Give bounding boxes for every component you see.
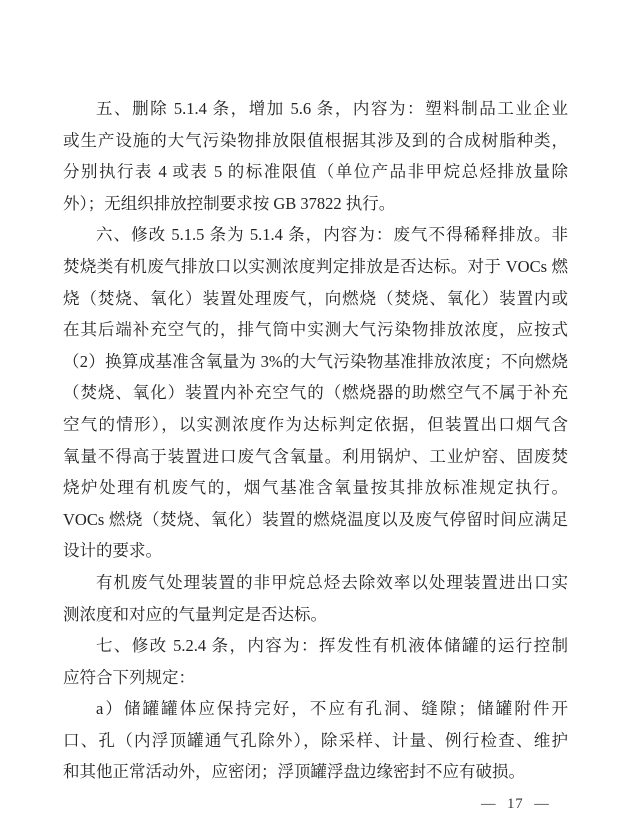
document-body: 五、删除 5.1.4 条，增加 5.6 条，内容为：塑料制品工业企业或生产设施的…: [63, 93, 568, 788]
text-line: 设计的要求。: [63, 535, 568, 567]
document-page: 五、删除 5.1.4 条，增加 5.6 条，内容为：塑料制品工业企业或生产设施的…: [0, 0, 631, 839]
text-line: （2）换算成基准含氧量为 3%的大气污染物基准排放浓度；不向燃烧: [63, 346, 568, 378]
paragraph: 有机废气处理装置的非甲烷总烃去除效率以处理装置进出口实测浓度和对应的气量判定是否…: [63, 567, 568, 630]
text-line: 氧量不得高于装置进口废气含氧量。利用锅炉、工业炉窑、固废焚: [63, 441, 568, 473]
text-line: 口、孔（内浮顶罐通气孔除外），除采样、计量、例行检查、维护: [63, 725, 568, 757]
text-line: 五、删除 5.1.4 条，增加 5.6 条，内容为：塑料制品工业企业: [63, 93, 568, 125]
page-number: — 17 —: [481, 795, 550, 813]
text-line: 应符合下列规定：: [63, 662, 568, 694]
text-line: 在其后端补充空气的，排气筒中实测大气污染物排放浓度，应按式: [63, 314, 568, 346]
text-line: 六、修改 5.1.5 条为 5.1.4 条，内容为：废气不得稀释排放。非: [63, 219, 568, 251]
text-line: 有机废气处理装置的非甲烷总烃去除效率以处理装置进出口实: [63, 567, 568, 599]
text-line: 烧（焚烧、氧化）装置处理废气，向燃烧（焚烧、氧化）装置内或: [63, 283, 568, 315]
text-line: 和其他正常活动外，应密闭；浮顶罐浮盘边缘密封不应有破损。: [63, 756, 568, 788]
text-line: VOCs 燃烧（焚烧、氧化）装置的燃烧温度以及废气停留时间应满足: [63, 504, 568, 536]
text-line: （焚烧、氧化）装置内补充空气的（燃烧器的助燃空气不属于补充: [63, 377, 568, 409]
text-line: 测浓度和对应的气量判定是否达标。: [63, 599, 568, 631]
text-line: 外）；无组织排放控制要求按 GB 37822 执行。: [63, 188, 568, 220]
paragraph: 七、修改 5.2.4 条，内容为：挥发性有机液体储罐的运行控制应符合下列规定：: [63, 630, 568, 693]
text-line: 或生产设施的大气污染物排放限值根据其涉及到的合成树脂种类，: [63, 125, 568, 157]
paragraph: a）储罐罐体应保持完好，不应有孔洞、缝隙；储罐附件开口、孔（内浮顶罐通气孔除外）…: [63, 693, 568, 788]
text-line: a）储罐罐体应保持完好，不应有孔洞、缝隙；储罐附件开: [63, 693, 568, 725]
paragraph: 六、修改 5.1.5 条为 5.1.4 条，内容为：废气不得稀释排放。非焚烧类有…: [63, 219, 568, 567]
paragraph: 五、删除 5.1.4 条，增加 5.6 条，内容为：塑料制品工业企业或生产设施的…: [63, 93, 568, 219]
text-line: 七、修改 5.2.4 条，内容为：挥发性有机液体储罐的运行控制: [63, 630, 568, 662]
text-line: 分别执行表 4 或表 5 的标准限值（单位产品非甲烷总烃排放量除: [63, 156, 568, 188]
text-line: 空气的情形），以实测浓度作为达标判定依据，但装置出口烟气含: [63, 409, 568, 441]
text-line: 焚烧类有机废气排放口以实测浓度判定排放是否达标。对于 VOCs 燃: [63, 251, 568, 283]
text-line: 烧炉处理有机废气的，烟气基准含氧量按其排放标准规定执行。: [63, 472, 568, 504]
